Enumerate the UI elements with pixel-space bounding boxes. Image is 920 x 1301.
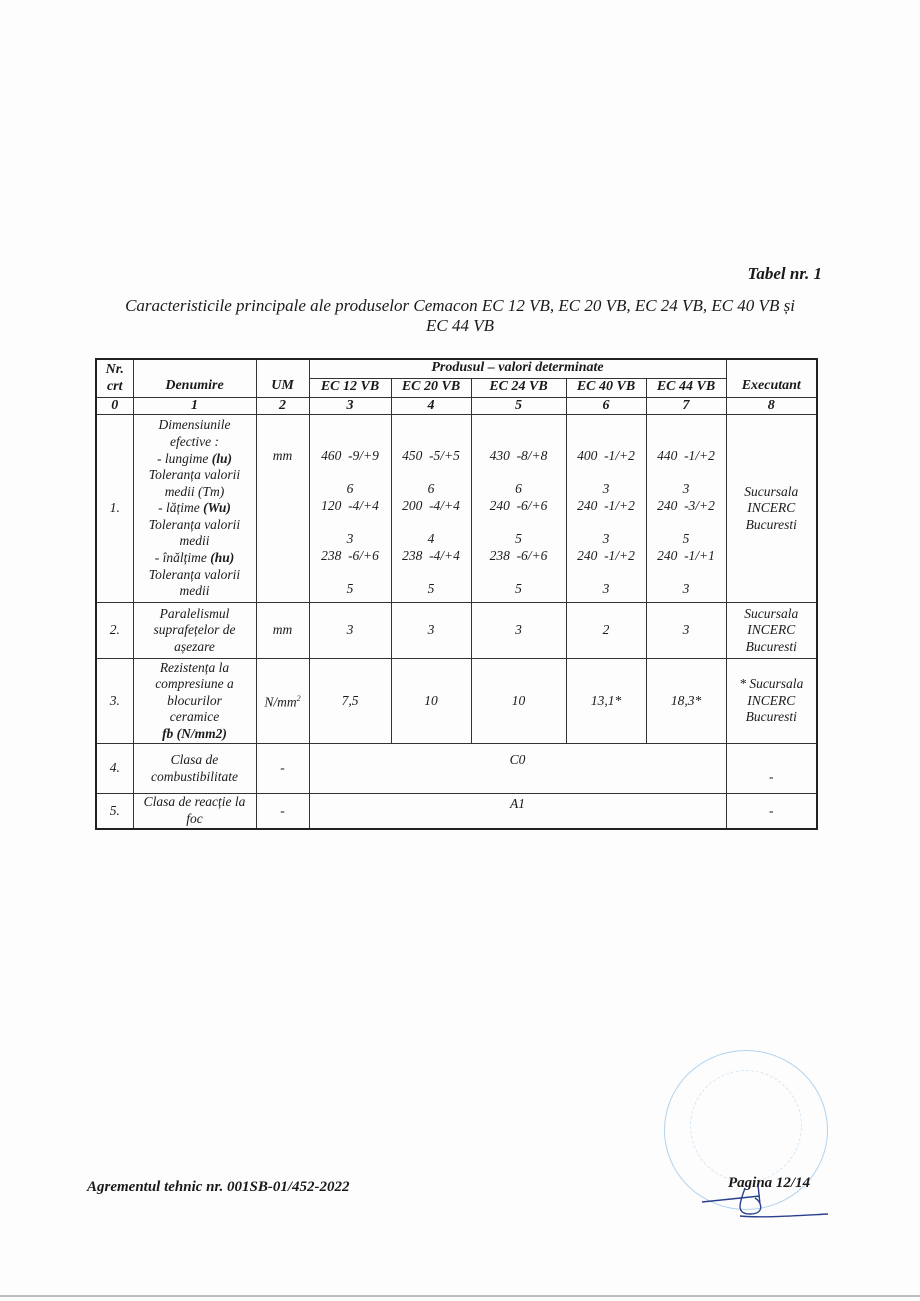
table-caption: Caracteristicile principale ale produsel… (100, 296, 820, 336)
index-cell: 1 (133, 397, 256, 415)
row-denumire: Clasa de reacție la foc (133, 794, 256, 829)
merged-value: A1 (309, 794, 726, 829)
value-ec40: 2 (566, 603, 646, 659)
index-cell: 8 (726, 397, 817, 415)
merged-value: C0 (309, 744, 726, 794)
row-executant: Sucursala INCERC Bucuresti (726, 603, 817, 659)
row-number: 4. (96, 744, 133, 794)
row-um: - (256, 794, 309, 829)
header-product-group: Produsul – valori determinate (309, 359, 726, 378)
header-nr-crt: Nr.crt (96, 359, 133, 397)
dims-ec40: 400 -1/+2 3 240 -1/+2 3 240 -1/+2 3 (566, 415, 646, 603)
value-ec20: 3 (391, 603, 471, 659)
value-ec20: 10 (391, 659, 471, 744)
caption-line-1: Caracteristicile principale ale produsel… (100, 296, 820, 316)
row-um: - (256, 744, 309, 794)
row-number: 5. (96, 794, 133, 829)
dims-ec44: 440 -1/+2 3 240 -3/+2 5 240 -1/+1 3 (646, 415, 726, 603)
header-product-4: EC 40 VB (566, 378, 646, 397)
page-bottom-edge (0, 1295, 920, 1297)
value-ec12: 3 (309, 603, 391, 659)
header-row-1: Nr.crt Denumire UM Produsul – valori det… (96, 359, 817, 378)
table-number-label: Tabel nr. 1 (748, 264, 822, 284)
header-product-3: EC 24 VB (471, 378, 566, 397)
row-denumire: Paralelismul suprafețelor de așezare (133, 603, 256, 659)
value-ec24: 10 (471, 659, 566, 744)
row-um: mm (256, 415, 309, 603)
header-um: UM (256, 359, 309, 397)
value-ec12: 7,5 (309, 659, 391, 744)
row-denumire: Rezistența la compresiune a blocurilor c… (133, 659, 256, 744)
characteristics-table: Nr.crt Denumire UM Produsul – valori det… (95, 358, 818, 830)
row-denumire: Dimensiunile efective : - lungime (lu) T… (133, 415, 256, 603)
index-cell: 3 (309, 397, 391, 415)
row-denumire: Clasa de combustibilitate (133, 744, 256, 794)
header-product-5: EC 44 VB (646, 378, 726, 397)
caption-line-2: EC 44 VB (100, 316, 820, 336)
row-executant: - (726, 794, 817, 829)
index-cell: 0 (96, 397, 133, 415)
official-stamp-inner-ring (690, 1070, 802, 1182)
value-ec44: 18,3* (646, 659, 726, 744)
header-denumire: Denumire (133, 359, 256, 397)
value-ec44: 3 (646, 603, 726, 659)
table-row: 4. Clasa de combustibilitate - C0 - (96, 744, 817, 794)
table-row: 2. Paralelismul suprafețelor de așezare … (96, 603, 817, 659)
index-cell: 7 (646, 397, 726, 415)
value-ec24: 3 (471, 603, 566, 659)
row-number: 3. (96, 659, 133, 744)
dims-ec12: 460 -9/+9 6 120 -4/+4 3 238 -6/+6 5 (309, 415, 391, 603)
table-row: 5. Clasa de reacție la foc - A1 - (96, 794, 817, 829)
header-product-2: EC 20 VB (391, 378, 471, 397)
row-um: N/mm2 (256, 659, 309, 744)
row-executant: * Sucursala INCERC Bucuresti (726, 659, 817, 744)
dims-ec20: 450 -5/+5 6 200 -4/+4 4 238 -4/+4 5 (391, 415, 471, 603)
index-cell: 2 (256, 397, 309, 415)
agrement-reference: Agrementul tehnic nr. 001SB-01/452-2022 (87, 1179, 350, 1196)
table-row: 3. Rezistența la compresiune a blocurilo… (96, 659, 817, 744)
row-number: 1. (96, 415, 133, 603)
index-cell: 5 (471, 397, 566, 415)
index-cell: 6 (566, 397, 646, 415)
row-executant: Sucursala INCERC Bucuresti (726, 415, 817, 603)
table-row: 1. Dimensiunile efective : - lungime (lu… (96, 415, 817, 603)
signature-icon (700, 1180, 830, 1220)
header-executant: Executant (726, 359, 817, 397)
value-ec40: 13,1* (566, 659, 646, 744)
header-product-1: EC 12 VB (309, 378, 391, 397)
index-cell: 4 (391, 397, 471, 415)
row-executant: - (726, 744, 817, 794)
row-number: 2. (96, 603, 133, 659)
index-row: 0 1 2 3 4 5 6 7 8 (96, 397, 817, 415)
row-um: mm (256, 603, 309, 659)
dims-ec24: 430 -8/+8 6 240 -6/+6 5 238 -6/+6 5 (471, 415, 566, 603)
